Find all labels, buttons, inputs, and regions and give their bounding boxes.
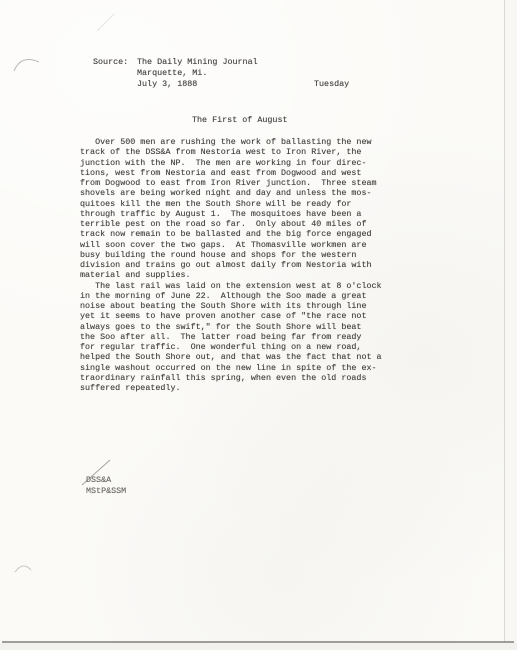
pencil-scratch-top bbox=[97, 14, 114, 31]
text-line: will soon cover the two gaps. At Thomasv… bbox=[80, 240, 382, 250]
text-line: Over 500 men are rushing the work of bal… bbox=[80, 137, 382, 147]
text-line: The last rail was laid on the extension … bbox=[80, 281, 382, 291]
text-line: suffered repeatedly. bbox=[80, 383, 382, 393]
publication-weekday: Tuesday bbox=[314, 79, 349, 90]
source-label: Source: bbox=[93, 57, 128, 68]
article-title: The First of August bbox=[192, 115, 288, 125]
text-line: through traffic by August 1. The mosquit… bbox=[80, 209, 382, 219]
scanned-page: Source: The Daily Mining Journal Marquet… bbox=[0, 0, 517, 650]
text-line: the Soo after all. The latter road being… bbox=[80, 332, 382, 342]
text-line: single washout occurred on the new line … bbox=[80, 363, 382, 373]
scan-edge-right-line bbox=[504, 0, 505, 650]
scan-edge-bottom-line bbox=[2, 641, 514, 643]
text-line: material and supplies. bbox=[80, 270, 382, 280]
text-line: quitoes kill the men the South Shore wil… bbox=[80, 199, 382, 209]
text-line: DSS&A bbox=[86, 475, 126, 486]
text-line: always goes to the swift," for the South… bbox=[80, 322, 382, 332]
text-line: yet it seems to have proven another case… bbox=[80, 311, 382, 321]
publication-name: The Daily Mining Journal bbox=[137, 57, 258, 68]
text-line: track of the DSS&A from Nestoria west to… bbox=[80, 147, 382, 157]
publication-date: July 3, 1888 bbox=[137, 79, 197, 90]
article-body: Over 500 men are rushing the work of bal… bbox=[80, 137, 382, 393]
text-line: for regular traffic. One wonderful thing… bbox=[80, 342, 382, 352]
text-line: traordinary rainfall this spring, when e… bbox=[80, 373, 382, 383]
text-line: noise about beating the South Shore with… bbox=[80, 301, 382, 311]
text-line: track now remain to be ballasted and the… bbox=[80, 229, 382, 239]
scan-edge-right-strip bbox=[505, 0, 517, 650]
catalog-notation: DSS&AMStP&SSM bbox=[86, 475, 126, 497]
text-line: terrible pest on the road so far. Only a… bbox=[80, 219, 382, 229]
text-line: from Dogwood to east from Iron River jun… bbox=[80, 178, 382, 188]
text-line: helped the South Shore out, and that was… bbox=[80, 352, 382, 362]
pencil-checkmark-top-left bbox=[14, 59, 39, 71]
text-line: junction with the NP. The men are workin… bbox=[80, 158, 382, 168]
publication-location: Marquette, Mi. bbox=[137, 68, 207, 79]
text-line: MStP&SSM bbox=[86, 486, 126, 497]
text-line: tions, west from Nestoria and east from … bbox=[80, 168, 382, 178]
text-line: division and trains go out almost daily … bbox=[80, 260, 382, 270]
text-line: in the morning of June 22. Although the … bbox=[80, 291, 382, 301]
pencil-arc-bottom-left bbox=[15, 566, 31, 572]
scan-edge-bottom-strip bbox=[0, 643, 517, 650]
text-line: busy building the round house and shops … bbox=[80, 250, 382, 260]
text-line: shovels are being worked night and day a… bbox=[80, 188, 382, 198]
